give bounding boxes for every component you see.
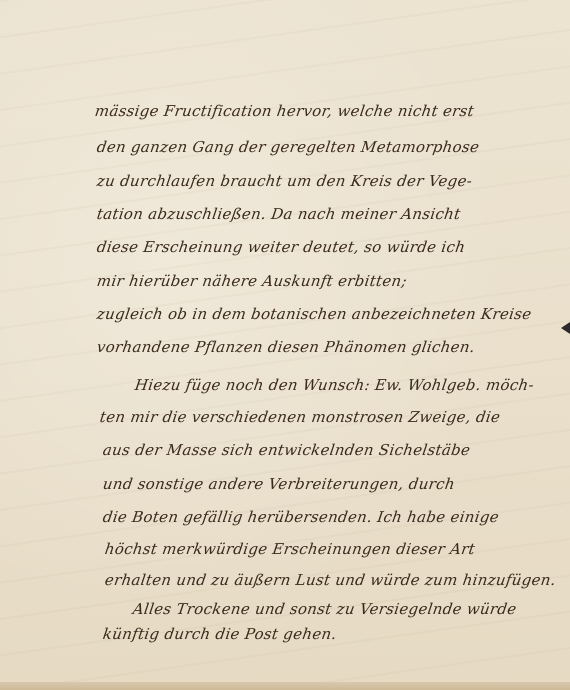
letter-line: höchst merkwürdige Erscheinungen dieser … <box>104 540 477 558</box>
letter-line: aus der Masse sich entwickelnden Sichels… <box>102 441 472 459</box>
letter-line: und sonstige andere Verbreiterungen, dur… <box>102 475 456 493</box>
letter-line: die Boten gefällig herübersenden. Ich ha… <box>102 508 501 526</box>
letter-line: mir hierüber nähere Auskunft erbitten; <box>96 272 408 290</box>
letter-line: ten mir die verschiedenen monstrosen Zwe… <box>99 408 502 426</box>
page-edge-mark <box>561 322 570 334</box>
paper-bottom-edge <box>0 682 570 690</box>
letter-line: künftig durch die Post gehen. <box>102 625 338 643</box>
letter-line: den ganzen Gang der geregelten Metamorph… <box>96 138 481 156</box>
letter-line: diese Erscheinung weiter deutet, so würd… <box>96 238 467 256</box>
letter-line: vorhandene Pflanzen diesen Phänomen glic… <box>96 338 476 356</box>
letter-line: mässige Fructification hervor, welche ni… <box>94 102 476 120</box>
letter-line: erhalten und zu äußern Lust und würde zu… <box>104 571 557 589</box>
letter-line: zugleich ob in dem botanischen anbezeich… <box>96 305 533 323</box>
letter-line: Hiezu füge noch den Wunsch: Ew. Wohlgeb.… <box>134 376 535 394</box>
letter-line: Alles Trockene und sonst zu Versiegelnde… <box>132 600 518 618</box>
letter-sheet: mässige Fructification hervor, welche ni… <box>0 0 570 690</box>
letter-line: zu durchlaufen braucht um den Kreis der … <box>96 172 474 190</box>
letter-line: tation abzuschließen. Da nach meiner Ans… <box>96 205 462 223</box>
